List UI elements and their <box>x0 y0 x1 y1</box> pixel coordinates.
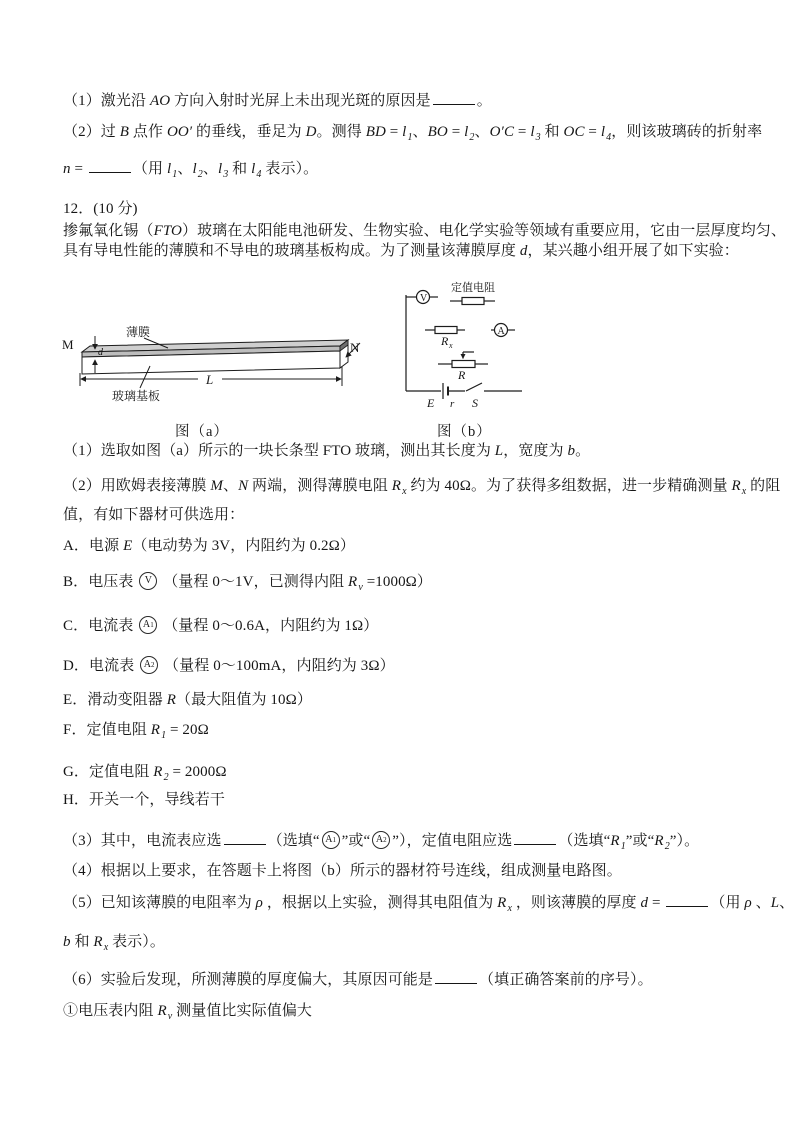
text-run: = <box>585 124 601 140</box>
math-variable: L <box>771 895 779 911</box>
math-variable: R <box>732 478 741 494</box>
math-variable: BD <box>366 124 386 140</box>
text-run: 、 <box>223 478 238 494</box>
voltmeter-symbol: V <box>139 572 157 590</box>
math-variable: R <box>151 722 160 738</box>
math-variable: l <box>218 161 222 177</box>
text-run: B．电压表 <box>63 574 137 590</box>
text-run: （量程 0～100mA，内阻约为 3Ω） <box>160 658 395 674</box>
text-run: 和 <box>71 934 94 950</box>
q12-part4: （4）根据以上要求，在答题卡上将图（b）所示的器材符号连线，组成测量电路图。 <box>63 861 622 882</box>
text-run: 值，有如下器材可供选用： <box>63 507 244 523</box>
text-run: 具有导电性能的薄膜和不导电的玻璃基板构成。为了测量该薄膜厚度 <box>63 243 520 259</box>
math-variable: R <box>392 478 401 494</box>
internal-resistance-label: r <box>450 398 455 410</box>
item-d: D．电流表 A2 （量程 0～100mA，内阻约为 3Ω） <box>63 656 395 677</box>
math-variable: l <box>464 124 468 140</box>
text-run: （量程 0～1V，已测得内阻 <box>159 574 348 590</box>
q12-header: 12．(10 分) <box>63 199 138 220</box>
text-run: 测量值比实际值偏大 <box>172 1003 312 1019</box>
text-run: （1）选取如图（a）所示的一块长条型 FTO 玻璃，测出其长度为 <box>63 443 495 459</box>
figure-b: V 定值电阻 R x A R <box>398 278 538 416</box>
math-variable: R <box>497 895 506 911</box>
text-run: （填正确答案前的序号）。 <box>479 972 653 988</box>
math-variable: l <box>601 124 605 140</box>
text-run: = <box>448 124 464 140</box>
text-run: 掺氟氧化锡（ <box>63 223 154 239</box>
text-run: （选填“ <box>268 833 320 849</box>
text-run: F．定值电阻 <box>63 722 151 738</box>
rx-resistor-icon <box>435 327 457 334</box>
figure-a-caption: 图（a） <box>175 420 229 441</box>
math-variable: l <box>530 124 534 140</box>
text-run: = <box>71 161 87 177</box>
text-run: （4）根据以上要求，在答题卡上将图（b）所示的器材符号连线，组成测量电路图。 <box>63 863 622 879</box>
text-run: E．滑动变阻器 <box>63 692 167 708</box>
text-run: ，根据以上实验，测得其电阻值为 <box>263 895 497 911</box>
text-run: ①电压表内阻 <box>63 1003 157 1019</box>
switch-label: S <box>472 396 478 410</box>
math-variable: OC <box>564 124 585 140</box>
text-run: =1000Ω） <box>363 574 432 590</box>
math-variable: B <box>120 124 129 140</box>
fixed-resistor-label: 定值电阻 <box>451 280 495 294</box>
text-run: 、 <box>413 124 428 140</box>
q12-part3: （3）其中，电流表应选（选填“A1”或“A2”），定值电阻应选（选填“R1”或“… <box>63 831 699 857</box>
math-variable: n <box>63 161 71 177</box>
glass-bar-diagram-icon: d M N 薄膜 玻璃基板 L <box>56 316 372 416</box>
text-run: = <box>386 124 402 140</box>
film-label: 薄膜 <box>126 324 150 339</box>
text-run: （6）实验后发现，所测薄膜的厚度偏大，其原因可能是 <box>63 972 433 988</box>
text-run: （量程 0～0.6A，内阻约为 1Ω） <box>159 618 378 634</box>
math-variable: D <box>306 124 317 140</box>
math-variable: R <box>610 833 619 849</box>
q12-part5-cont: b 和 Rx 表示）。 <box>63 932 165 958</box>
text-run: （用 <box>133 161 167 177</box>
exam-page: （1）激光沿 AO 方向入射时光屏上未出现光斑的原因是。（2）过 B 点作 OO… <box>0 0 793 1122</box>
q12-part1: （1）选取如图（a）所示的一块长条型 FTO 玻璃，测出其长度为 L，宽度为 b… <box>63 441 590 462</box>
rheostat-icon <box>452 361 475 368</box>
answer-blank <box>514 831 556 845</box>
ammeter2-symbol: A2 <box>140 656 158 674</box>
math-variable: R <box>654 833 663 849</box>
ammeter2-symbol: A2 <box>372 831 390 849</box>
fixed-resistor-icon <box>462 298 484 305</box>
math-variable: FTO <box>154 223 182 239</box>
text-run: 、 <box>779 895 793 911</box>
text-run: 、 <box>203 161 218 177</box>
q11-part2: （2）过 B 点作 OO′ 的垂线，垂足为 D。测得 BD = l1、BO = … <box>63 122 762 148</box>
rx-label-sub: x <box>448 341 453 350</box>
emf-label: E <box>426 396 435 410</box>
q12-part2-cont: 值，有如下器材可供选用： <box>63 505 244 526</box>
circuit-diagram-icon: V 定值电阻 R x A R <box>398 278 538 416</box>
text-run: 。 <box>477 93 492 109</box>
item-f: F．定值电阻 R1 = 20Ω <box>63 720 209 746</box>
math-variable: OO′ <box>167 124 192 140</box>
math-variable: N <box>238 478 248 494</box>
math-variable: l <box>402 124 406 140</box>
text-run: ”或“ <box>626 833 655 849</box>
voltmeter-letter: V <box>420 293 428 304</box>
item-c: C．电流表 A1 （量程 0～0.6A，内阻约为 1Ω） <box>63 616 378 637</box>
figure-a: d M N 薄膜 玻璃基板 L <box>56 316 372 416</box>
text-run: 和 <box>228 161 251 177</box>
text-run: 、 <box>752 895 771 911</box>
math-variable: R <box>348 574 357 590</box>
text-run: 。 <box>575 443 590 459</box>
ammeter-letter: A <box>498 326 506 337</box>
text-run: 约为 40Ω。为了获得多组数据，进一步精确测量 <box>407 478 732 494</box>
math-variable: d <box>641 895 649 911</box>
q12-part6-option1: ①电压表内阻 Rv 测量值比实际值偏大 <box>63 1001 312 1027</box>
answer-blank <box>224 831 266 845</box>
length-label: L <box>205 372 213 387</box>
math-variable: ρ <box>744 895 751 911</box>
math-variable: AO <box>150 93 170 109</box>
answer-blank <box>89 159 131 173</box>
text-run: 的阻 <box>746 478 780 494</box>
text-run: （用 <box>710 895 744 911</box>
math-variable: b <box>568 443 576 459</box>
rheostat-label: R <box>457 368 466 382</box>
answer-blank <box>435 970 477 984</box>
text-run: 表示）。 <box>262 161 319 177</box>
text-run: ，某兴趣小组开展了如下实验： <box>527 243 738 259</box>
text-run: H．开关一个，导线若干 <box>63 792 225 808</box>
text-run: 的垂线，垂足为 <box>192 124 305 140</box>
answer-blank <box>666 893 708 907</box>
math-variable: l <box>167 161 171 177</box>
substrate-label: 玻璃基板 <box>112 388 160 403</box>
text-run: 、 <box>475 124 490 140</box>
rx-label: R <box>440 334 449 348</box>
q12-part5: （5）已知该薄膜的电阻率为 ρ ，根据以上实验，测得其电阻值为 Rx ，则该薄膜… <box>63 893 793 919</box>
ammeter1-symbol: A1 <box>322 831 340 849</box>
text-run: = 2000Ω <box>169 764 227 780</box>
answer-blank <box>433 91 475 105</box>
figure-b-caption: 图（b） <box>437 420 492 441</box>
q12-part6: （6）实验后发现，所测薄膜的厚度偏大，其原因可能是（填正确答案前的序号）。 <box>63 970 653 991</box>
q11-part1: （1）激光沿 AO 方向入射时光屏上未出现光斑的原因是。 <box>63 91 492 112</box>
math-variable: M <box>210 478 223 494</box>
text-run: 表示）。 <box>108 934 165 950</box>
text-run: （5）已知该薄膜的电阻率为 <box>63 895 256 911</box>
math-variable: R <box>157 1003 166 1019</box>
text-run: 12．(10 分) <box>63 201 138 217</box>
switch-blade-icon <box>466 383 482 391</box>
text-run: ”），定值电阻应选 <box>392 833 512 849</box>
q11-part2-answer: n = （用 l1、l2、l3 和 l4 表示）。 <box>63 159 318 185</box>
item-h: H．开关一个，导线若干 <box>63 790 225 811</box>
math-variable: BO <box>428 124 448 140</box>
text-run: ，则该玻璃砖的折射率 <box>611 124 762 140</box>
text-run: 点作 <box>129 124 167 140</box>
text-run: （2）用欧姆表接薄膜 <box>63 478 210 494</box>
text-run: = <box>648 895 664 911</box>
text-run: = 20Ω <box>166 722 209 738</box>
text-run: 。测得 <box>317 124 366 140</box>
item-a: A．电源 E（电动势为 3V，内阻约为 0.2Ω） <box>63 536 355 557</box>
text-run: ，则该薄膜的厚度 <box>512 895 641 911</box>
math-variable: l <box>251 161 255 177</box>
math-variable: L <box>495 443 503 459</box>
text-run: C．电流表 <box>63 618 137 634</box>
text-run: ，宽度为 <box>503 443 567 459</box>
text-run: （3）其中，电流表应选 <box>63 833 222 849</box>
item-g: G．定值电阻 R2 = 2000Ω <box>63 762 227 788</box>
q12-intro-2: 具有导电性能的薄膜和不导电的玻璃基板构成。为了测量该薄膜厚度 d，某兴趣小组开展… <box>63 241 739 262</box>
text-run: 、 <box>177 161 192 177</box>
text-run: 两端，测得薄膜电阻 <box>248 478 392 494</box>
text-run: 和 <box>541 124 564 140</box>
item-b: B．电压表 V （量程 0～1V，已测得内阻 Rv =1000Ω） <box>63 572 432 598</box>
math-variable: l <box>192 161 196 177</box>
text-run: ”或“ <box>342 833 371 849</box>
text-run: （电动势为 3V，内阻约为 0.2Ω） <box>132 538 355 554</box>
terminal-m-label: M <box>62 337 74 352</box>
text-run: A．电源 <box>63 538 123 554</box>
math-variable: R <box>93 934 102 950</box>
math-variable: R <box>167 692 176 708</box>
math-variable: b <box>63 934 71 950</box>
text-run: G．定值电阻 <box>63 764 153 780</box>
text-run: ）玻璃在太阳能电池研发、生物实验、电化学实验等领域有重要应用，它由一层厚度均匀、 <box>182 223 786 239</box>
text-run: = <box>514 124 530 140</box>
q12-intro-1: 掺氟氧化锡（FTO）玻璃在太阳能电池研发、生物实验、电化学实验等领域有重要应用，… <box>63 221 786 242</box>
ammeter1-symbol: A1 <box>139 616 157 634</box>
text-run: （最大阻值为 10Ω） <box>176 692 312 708</box>
text-run: D．电流表 <box>63 658 138 674</box>
text-run: （2）过 <box>63 124 120 140</box>
item-e: E．滑动变阻器 R（最大阻值为 10Ω） <box>63 690 312 711</box>
text-run: 方向入射时光屏上未出现光斑的原因是 <box>170 93 431 109</box>
text-run: ”）。 <box>670 833 699 849</box>
text-run: （选填“ <box>558 833 610 849</box>
math-variable: O′C <box>490 124 514 140</box>
math-variable: R <box>153 764 162 780</box>
text-run: （1）激光沿 <box>63 93 150 109</box>
math-variable: ρ <box>256 895 263 911</box>
q12-part2: （2）用欧姆表接薄膜 M、N 两端，测得薄膜电阻 Rx 约为 40Ω。为了获得多… <box>63 476 780 502</box>
math-variable: E <box>123 538 132 554</box>
